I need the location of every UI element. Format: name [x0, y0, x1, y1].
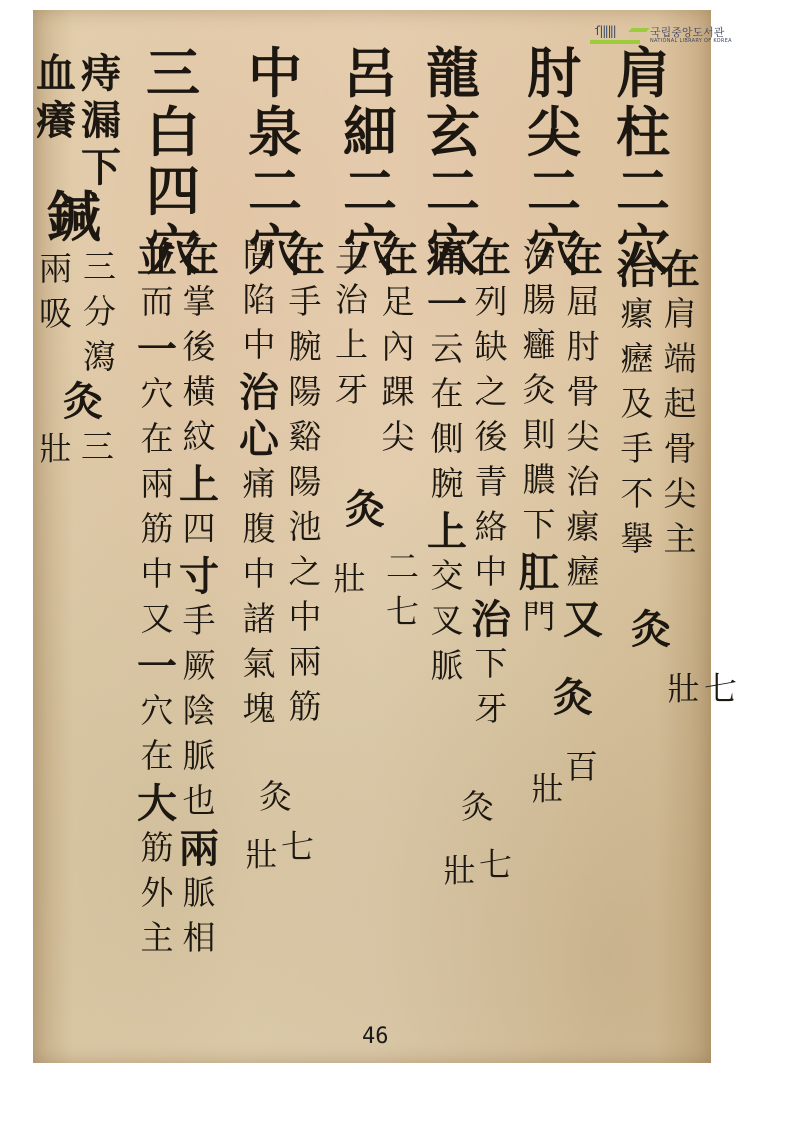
entry-2-left-line: 治 腸 癰 灸 則 膿 下 肛 門 — [519, 238, 559, 645]
entry-2-moxa: 灸 — [553, 678, 593, 725]
entry-4-right-line: 在 足 內 踝 尖 — [378, 238, 418, 465]
entry-7-needle: 鍼 — [47, 190, 101, 249]
entry-2-moxa-count: 百 — [565, 750, 598, 795]
logo-slash — [628, 28, 649, 32]
entry-5-right-line: 在 手 腕 陽 谿 陽 池 之 中 兩 筋 — [285, 238, 325, 735]
entry-1-moxa: 灸 — [631, 610, 671, 657]
entry-1-right-line: 在 肩 端 起 骨 尖 主 — [660, 250, 700, 567]
entry-4-moxa-count: 二 七 — [386, 550, 419, 640]
entry-7-continuation: 痔 漏 下 — [81, 54, 121, 195]
entry-2-moxa-tail: 壯 — [531, 772, 564, 817]
manuscript-page: ſ‖‖‖ 국립중앙도서관 NATIONAL LIBRARY OF KOREA 肩… — [33, 10, 711, 1063]
library-building-icon: ſ‖‖‖ — [594, 24, 615, 38]
page-number: 46 — [362, 1024, 389, 1049]
entry-3-right-line: 在 列 缺 之 後 青 絡 中 治 下 牙 — [471, 238, 511, 737]
entry-7-left-line: 兩 吸 — [39, 252, 72, 342]
entry-5-moxa-tail: 壯 — [245, 838, 278, 883]
entry-4-moxa: 灸 — [345, 490, 385, 537]
entry-5-moxa: 灸 — [259, 780, 292, 825]
entry-7-moxa: 灸 — [63, 382, 103, 429]
entry-7-moxa-tail: 壯 — [39, 432, 72, 477]
entry-6-right-line: 在 掌 後 橫 紋 上 四 寸 手 厥 陰 脈 也 兩 脈 相 — [179, 238, 219, 966]
entry-3-moxa: 灸 — [461, 790, 494, 835]
entry-3-left-line: 痛 一 云 在 側 腕 上 交 叉 脈 — [427, 238, 467, 694]
entry-1-moxa-count: 七 壯 — [667, 672, 737, 717]
entry-5-moxa-count: 七 — [281, 830, 314, 875]
entry-1-left-line: 治 瘰 癧 及 手 不 擧 — [617, 250, 657, 567]
entry-3-moxa-tail: 壯 — [443, 854, 476, 899]
entry-6-left-line: 並 而 一 穴 在 兩 筋 中 又 一 穴 在 大 筋 外 主 — [137, 238, 177, 966]
entry-4-moxa-tail: 壯 — [333, 562, 366, 607]
entry-2-right-line: 在 屈 肘 骨 尖 治 瘰 癧 又 — [563, 238, 603, 647]
entry-title-7: 血 癢 — [36, 54, 76, 148]
entry-4-left-line: 主 治 上 牙 — [335, 238, 368, 418]
entry-7-moxa-count: 三 — [81, 430, 114, 475]
entry-5-left-line: 間 陷 中 治 心 痛 腹 中 諸 氣 塊 — [239, 238, 279, 737]
entry-3-moxa-count: 七 — [479, 848, 512, 893]
entry-7-right-line: 三 分 瀉 — [83, 250, 116, 385]
